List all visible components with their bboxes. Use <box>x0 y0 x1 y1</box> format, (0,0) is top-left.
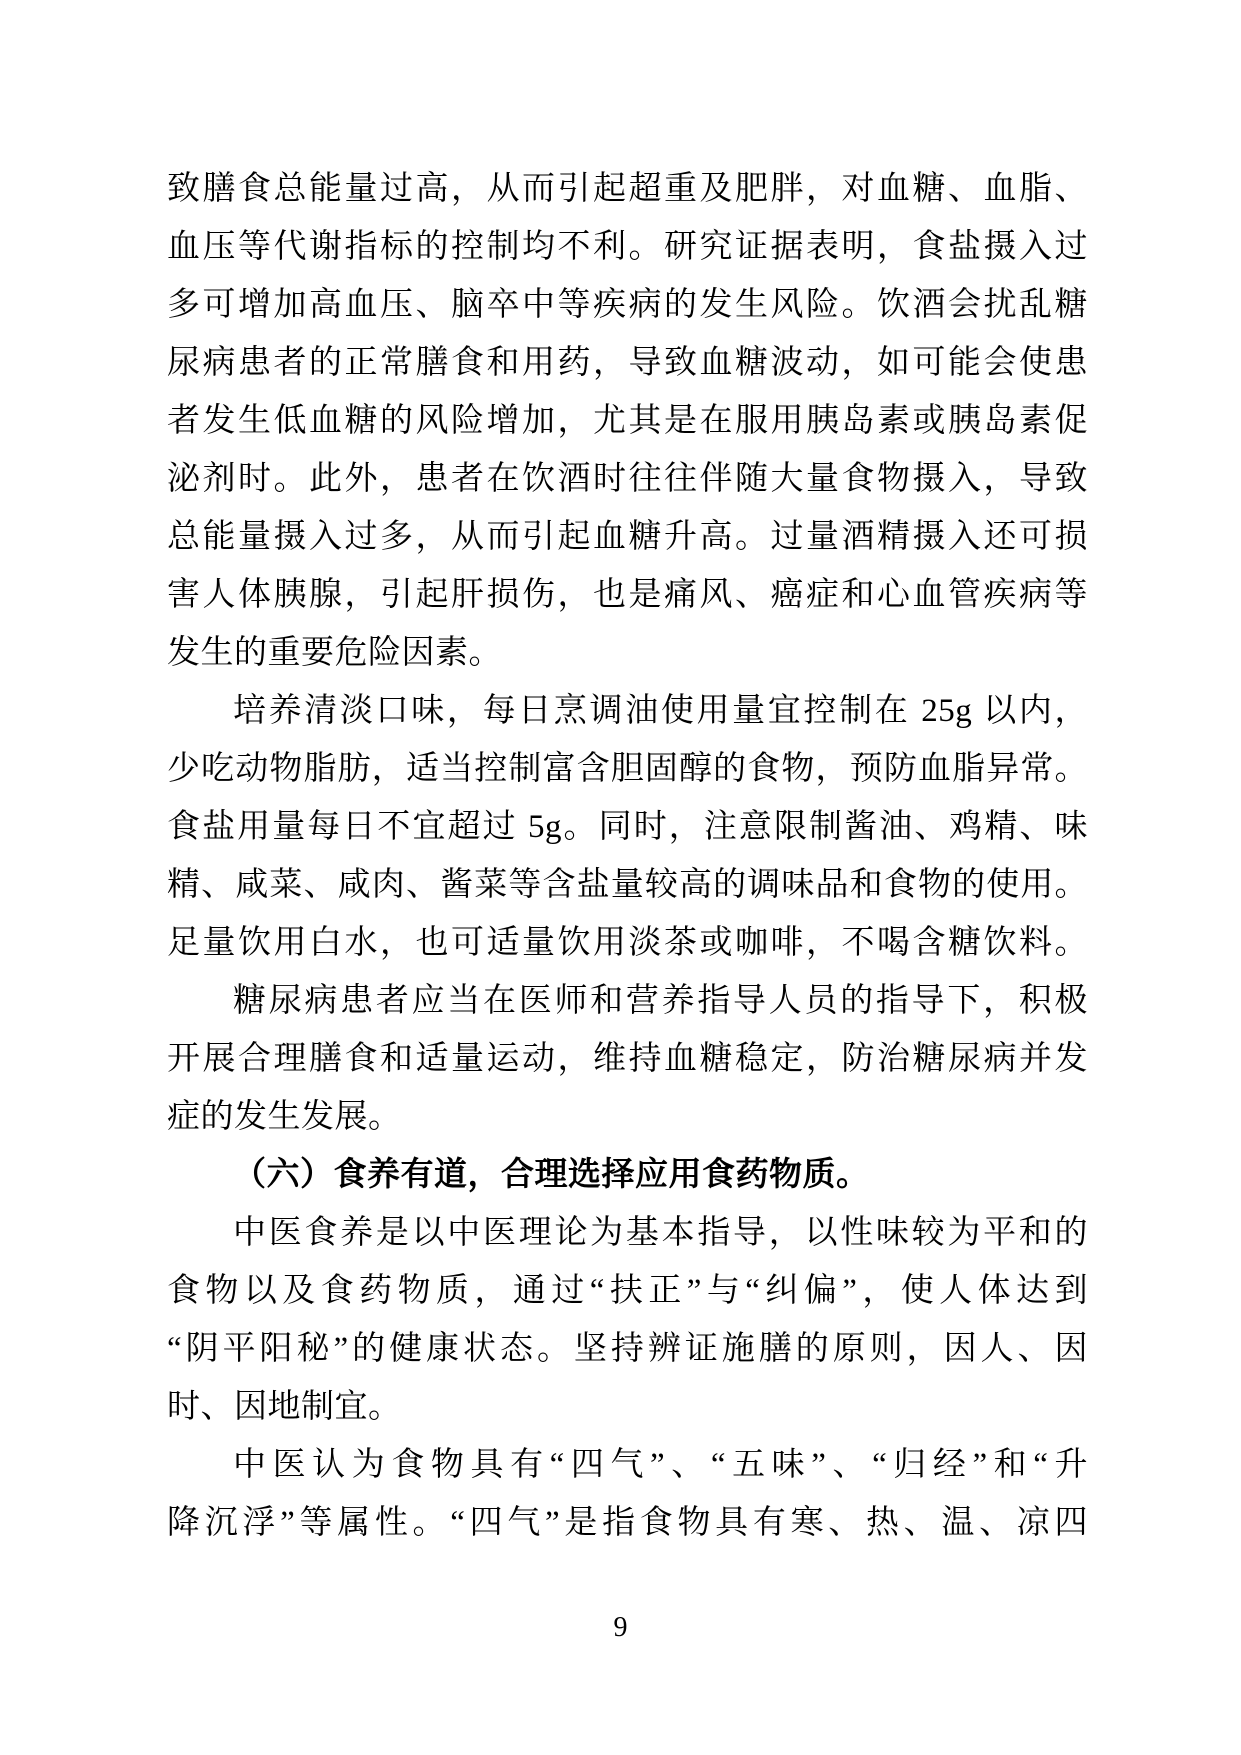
text-line: 多可增加高血压、脑卒中等疾病的发生风险。饮酒会扰乱糖 <box>167 276 1088 334</box>
section-heading: （六）食养有道，合理选择应用食药物质。 <box>167 1146 1088 1204</box>
text-line: 害人体胰腺，引起肝损伤，也是痛风、癌症和心血管疾病等 <box>167 566 1088 624</box>
text-line: 致膳食总能量过高，从而引起超重及肥胖，对血糖、血脂、 <box>167 160 1088 218</box>
text-line: 培养清淡口味，每日烹调油使用量宜控制在 25g 以内， <box>167 682 1088 740</box>
text-line: “阴平阳秘”的健康状态。坚持辨证施膳的原则，因人、因 <box>167 1320 1088 1378</box>
text-line: 中医认为食物具有“四气”、“五味”、“归经”和“升 <box>167 1436 1088 1494</box>
text-line: 发生的重要危险因素。 <box>167 624 1088 682</box>
document-page: 致膳食总能量过高，从而引起超重及肥胖，对血糖、血脂、血压等代谢指标的控制均不利。… <box>0 0 1241 1755</box>
text-line: 降沉浮”等属性。“四气”是指食物具有寒、热、温、凉四 <box>167 1494 1088 1552</box>
text-line: 中医食养是以中医理论为基本指导，以性味较为平和的 <box>167 1204 1088 1262</box>
text-line: 症的发生发展。 <box>167 1088 1088 1146</box>
text-line: 血压等代谢指标的控制均不利。研究证据表明，食盐摄入过 <box>167 218 1088 276</box>
text-line: 少吃动物脂肪，适当控制富含胆固醇的食物，预防血脂异常。 <box>167 740 1088 798</box>
text-line: 尿病患者的正常膳食和用药，导致血糖波动，如可能会使患 <box>167 334 1088 392</box>
text-line: 精、咸菜、咸肉、酱菜等含盐量较高的调味品和食物的使用。 <box>167 856 1088 914</box>
text-line: 足量饮用白水，也可适量饮用淡茶或咖啡，不喝含糖饮料。 <box>167 914 1088 972</box>
text-line: 糖尿病患者应当在医师和营养指导人员的指导下，积极 <box>167 972 1088 1030</box>
text-line: 泌剂时。此外，患者在饮酒时往往伴随大量食物摄入，导致 <box>167 450 1088 508</box>
page-number: 9 <box>0 1608 1241 1648</box>
text-line: 时、因地制宜。 <box>167 1378 1088 1436</box>
document-body: 致膳食总能量过高，从而引起超重及肥胖，对血糖、血脂、血压等代谢指标的控制均不利。… <box>167 160 1088 1552</box>
text-line: 开展合理膳食和适量运动，维持血糖稳定，防治糖尿病并发 <box>167 1030 1088 1088</box>
text-line: 食物以及食药物质，通过“扶正”与“纠偏”，使人体达到 <box>167 1262 1088 1320</box>
text-line: 者发生低血糖的风险增加，尤其是在服用胰岛素或胰岛素促 <box>167 392 1088 450</box>
text-line: 食盐用量每日不宜超过 5g。同时，注意限制酱油、鸡精、味 <box>167 798 1088 856</box>
text-line: 总能量摄入过多，从而引起血糖升高。过量酒精摄入还可损 <box>167 508 1088 566</box>
